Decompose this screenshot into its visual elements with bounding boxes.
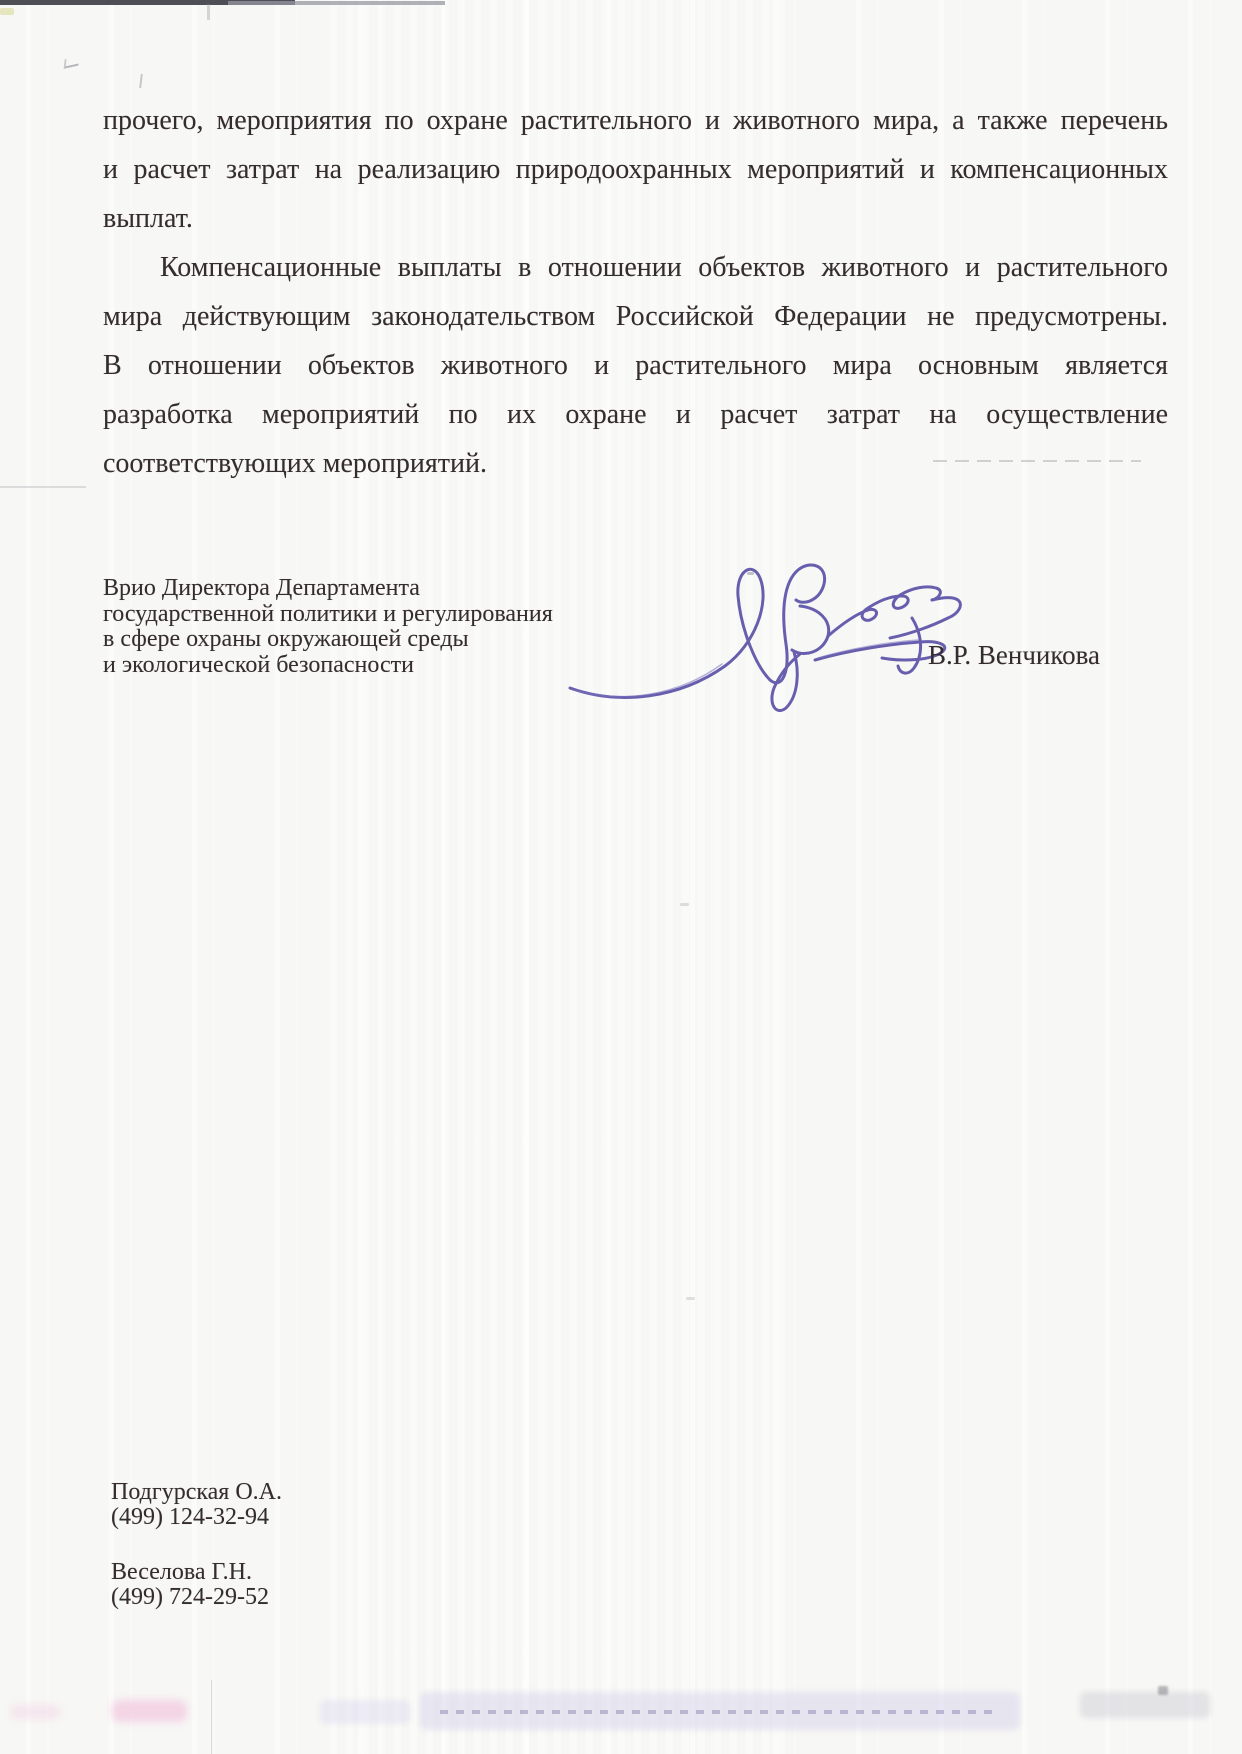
scan-artifact-pink-smudge — [112, 1700, 187, 1722]
scan-artifact-bottom-dashes — [440, 1710, 1000, 1714]
scan-dust-mark — [686, 1297, 695, 1300]
signer-name: В.Р. Венчикова — [928, 640, 1100, 671]
paragraph-2: Компенсационные выплаты в отношении объе… — [103, 243, 1168, 488]
contact-phone: (499) 124-32-94 — [111, 1505, 282, 1530]
scan-crease-left — [0, 486, 86, 488]
contact-phone: (499) 724-29-52 — [111, 1585, 282, 1610]
paragraph-1: прочего, мероприятия по охране раститель… — [103, 96, 1168, 243]
scan-artifact-yellow-speck — [0, 8, 14, 15]
contact-entry: Веселова Г.Н. (499) 724-29-52 — [111, 1560, 282, 1610]
contact-name: Веселова Г.Н. — [111, 1560, 282, 1585]
signatory-title-block: Врио Директора Департамента государствен… — [103, 576, 553, 678]
scan-artifact-pen-mark — [64, 56, 80, 69]
scan-artifact-lavender-smudge-small — [320, 1700, 410, 1724]
scan-artifact-dark-speck — [1158, 1686, 1168, 1695]
scan-artifact-top-bar-light — [228, 1, 445, 5]
body-line: выплат. — [103, 194, 1168, 243]
body-line: разработка мероприятий по их охране и ра… — [103, 390, 1168, 439]
body-line: соответствующих мероприятий. — [103, 439, 1168, 488]
scan-artifact-gray-streak — [207, 4, 210, 20]
body-line: В отношении объектов животного и растите… — [103, 341, 1168, 390]
signatory-title-line: и экологической безопасности — [103, 653, 553, 679]
scan-dust-mark — [747, 572, 754, 575]
scan-artifact-tick-mark — [139, 74, 143, 88]
signatory-title-line: в сфере охраны окружающей среды — [103, 627, 553, 653]
contact-name: Подгурская О.А. — [111, 1480, 282, 1505]
signatory-title-line: государственной политики и регулирования — [103, 602, 553, 628]
body-text: прочего, мероприятия по охране раститель… — [103, 96, 1168, 488]
scan-artifact-pink-smudge-small — [10, 1705, 60, 1719]
handwritten-signature — [560, 548, 980, 718]
scan-artifact-gray-smudge — [1080, 1692, 1210, 1718]
scan-artifact-bottom-vline — [211, 1680, 212, 1754]
body-line: и расчет затрат на реализацию природоохр… — [103, 145, 1168, 194]
scan-dust-mark — [680, 903, 689, 906]
contact-block: Подгурская О.А. (499) 124-32-94 Веселова… — [111, 1480, 282, 1640]
scanned-letter-page: прочего, мероприятия по охране раститель… — [0, 0, 1242, 1754]
body-line: Компенсационные выплаты в отношении объе… — [103, 243, 1168, 292]
scan-crease-right — [933, 460, 1141, 462]
body-line: прочего, мероприятия по охране раститель… — [103, 96, 1168, 145]
contact-entry: Подгурская О.А. (499) 124-32-94 — [111, 1480, 282, 1530]
signatory-title-line: Врио Директора Департамента — [103, 576, 553, 602]
body-line: мира действующим законодательством Росси… — [103, 292, 1168, 341]
